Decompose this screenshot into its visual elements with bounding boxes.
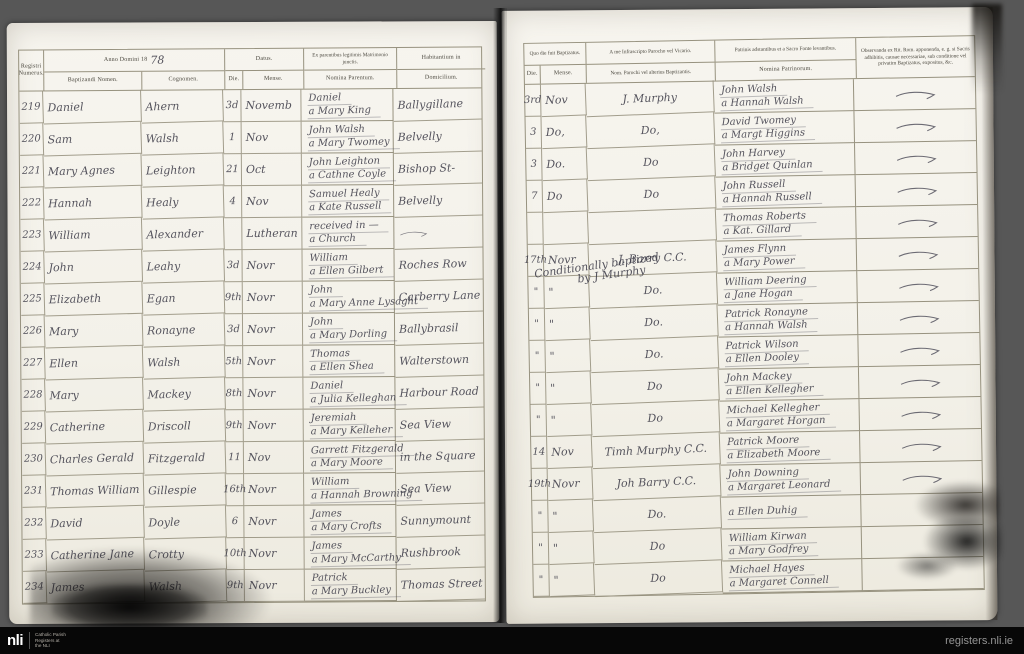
parent-father: Patrick bbox=[311, 571, 358, 585]
baptized-month: Nov bbox=[547, 435, 593, 469]
baptism-entry-row: 227EllenWalsh5thNovrThomasa Ellen SheaWa… bbox=[21, 344, 483, 379]
sponsor-2: a Margt Higgins bbox=[721, 127, 816, 143]
baptism-day: 3d bbox=[225, 314, 243, 346]
entry-number: 222 bbox=[20, 187, 45, 220]
baptized-day: 7 bbox=[527, 181, 544, 213]
residence: Thomas Street bbox=[396, 567, 485, 601]
left-rows: 219DanielAhern3dNovembDaniela Mary KingB… bbox=[19, 88, 485, 603]
sponsors-cell: a Ellen Duhig bbox=[721, 495, 862, 529]
parent-father: Daniel bbox=[307, 91, 351, 105]
nli-logo-caption: Catholic Parish Registers at the NLI bbox=[29, 632, 66, 649]
parent-father: John bbox=[309, 284, 343, 298]
observations-cell bbox=[856, 173, 978, 207]
baptism-entry-row: 230Charles GeraldFitzgerald11NovGarrett … bbox=[22, 440, 484, 475]
baptism-day: 4 bbox=[224, 186, 242, 218]
observations-cell bbox=[854, 109, 976, 143]
baptism-day: 1 bbox=[224, 122, 242, 154]
parent-mother: a Ellen Gilbert bbox=[308, 264, 393, 279]
flourish-mark-icon bbox=[896, 279, 940, 292]
parent-father: Thomas bbox=[309, 347, 360, 361]
column-header-month: Mense. bbox=[541, 65, 586, 84]
flourish-mark-icon bbox=[893, 87, 937, 100]
parents-cell: Johna Mary Anne Lysaght bbox=[303, 281, 395, 314]
parent-father: John bbox=[309, 316, 343, 330]
residence: Sunnymount bbox=[396, 503, 485, 537]
flourish-mark-icon bbox=[897, 343, 941, 356]
baptized-day: 3 bbox=[525, 117, 542, 149]
baptism-month: Novr bbox=[244, 474, 304, 506]
column-header-day: Die. bbox=[225, 71, 243, 89]
baptized-month: Do bbox=[542, 179, 588, 213]
baptism-entry-row: 232DavidDoyle6NovrJamesa Mary CroftsSunn… bbox=[22, 504, 484, 539]
flourish-mark-icon bbox=[898, 375, 942, 388]
flourish-mark-icon bbox=[893, 119, 937, 132]
baptism-name: David bbox=[46, 506, 145, 541]
sponsor-2: a Kat. Gillard bbox=[722, 223, 801, 239]
baptism-month: Nov bbox=[242, 122, 302, 154]
flourish-mark-icon bbox=[899, 471, 943, 484]
sponsor-2: a Jane Hogan bbox=[723, 287, 803, 303]
entry-number: 230 bbox=[22, 443, 47, 476]
parent-father: Daniel bbox=[309, 379, 353, 393]
baptized-day: " bbox=[530, 373, 547, 405]
baptism-surname: Leighton bbox=[141, 153, 224, 187]
baptized-month: " bbox=[548, 499, 594, 533]
baptism-entry-row: 225ElizabethEgan9thNovrJohna Mary Anne L… bbox=[21, 280, 483, 315]
baptism-entry-row: 229CatherineDriscoll9thNovrJeremiaha Mar… bbox=[22, 408, 484, 443]
entry-number: 231 bbox=[22, 475, 47, 508]
baptism-surname: Leahy bbox=[142, 249, 225, 283]
baptism-name: Sam bbox=[43, 122, 142, 157]
entry-number: 223 bbox=[20, 219, 45, 252]
baptizing-priest bbox=[588, 208, 717, 245]
observations-cell bbox=[862, 557, 984, 591]
parent-mother: a Mary Twomey bbox=[308, 136, 400, 151]
baptism-day: 3d bbox=[223, 90, 241, 122]
right-rows-wrap: Conditionally baptized by J Murphy 3rdNo… bbox=[525, 77, 984, 597]
baptism-entry-row: 219DanielAhern3dNovembDaniela Mary KingB… bbox=[19, 88, 481, 123]
baptized-month bbox=[543, 211, 589, 245]
column-header-name: Baptizandi Nomen. bbox=[44, 72, 142, 91]
baptism-entry-row: 223WilliamAlexanderLutheranreceived in —… bbox=[20, 216, 482, 251]
parent-mother: a Church bbox=[308, 232, 366, 246]
baptized-month: " bbox=[545, 339, 591, 373]
residence: Belvelly bbox=[394, 183, 483, 217]
baptized-month: " bbox=[549, 563, 595, 597]
baptism-day: 11 bbox=[226, 442, 244, 474]
baptized-day: " bbox=[529, 341, 546, 373]
sponsors-cell: Patrick Wilsona Ellen Dooley bbox=[718, 335, 859, 369]
observations-cell bbox=[857, 269, 979, 303]
baptizing-priest: Do. bbox=[590, 304, 719, 341]
baptism-entry-row: 222HannahHealy4NovSamuel Healya Kate Rus… bbox=[20, 184, 482, 219]
parent-mother: a Mary Kelleher bbox=[310, 424, 403, 439]
sponsors-cell: John Russella Hannah Russell bbox=[716, 175, 857, 209]
baptizing-priest: Do. bbox=[590, 336, 719, 373]
flourish-mark-icon bbox=[398, 226, 428, 239]
baptism-month: Novr bbox=[245, 570, 305, 602]
entry-number: 219 bbox=[19, 91, 44, 124]
baptized-month: Nov bbox=[541, 83, 587, 117]
entry-number: 228 bbox=[21, 379, 46, 412]
nli-logo-mark: nli bbox=[7, 633, 23, 648]
parent-mother: a Mary Crofts bbox=[310, 520, 392, 535]
baptism-day: 3d bbox=[224, 250, 242, 282]
column-header-day: Die. bbox=[525, 66, 541, 84]
left-register-page: Registri Numerus. Anno Domini 1878 Bapti… bbox=[7, 21, 500, 624]
observations-cell bbox=[861, 461, 983, 495]
baptizing-priest: J. Murphy bbox=[586, 80, 715, 117]
baptism-surname: Gillespie bbox=[144, 473, 227, 507]
baptizing-priest: Do. bbox=[593, 496, 722, 533]
baptized-day: 3 bbox=[526, 149, 543, 181]
right-rows: 3rdNovJ. MurphyJohn Walsha Hannah Walsh3… bbox=[525, 77, 984, 597]
baptized-day: 14 bbox=[531, 437, 548, 469]
parents-cell: Daniela Julia Kelleghan bbox=[303, 377, 395, 410]
baptism-day: 9th bbox=[226, 410, 244, 442]
baptized-month: " bbox=[545, 307, 591, 341]
baptized-month: " bbox=[546, 403, 592, 437]
baptized-day: " bbox=[531, 405, 548, 437]
sponsors-cell: William Deeringa Jane Hogan bbox=[717, 271, 858, 305]
baptism-name: James bbox=[46, 570, 145, 605]
flourish-mark-icon bbox=[899, 439, 943, 452]
sponsors-cell: John Harveya Bridget Quinlan bbox=[715, 143, 856, 177]
entry-number: 232 bbox=[22, 507, 47, 540]
parents-cell: Williama Hannah Browning bbox=[304, 473, 396, 506]
residence: Ballybrasil bbox=[395, 311, 484, 345]
parent-mother: a Cathne Coyle bbox=[308, 168, 396, 183]
baptism-day: 10th bbox=[226, 538, 244, 570]
baptizing-priest: Do, bbox=[586, 112, 715, 149]
parent-father: Samuel Healy bbox=[308, 187, 390, 202]
baptism-name: Mary bbox=[45, 314, 144, 349]
residence: Harbour Road bbox=[395, 375, 484, 409]
parent-father: James bbox=[310, 507, 352, 521]
baptism-day: 8th bbox=[225, 378, 243, 410]
register-scan: Registri Numerus. Anno Domini 1878 Bapti… bbox=[0, 0, 1024, 654]
flourish-mark-icon bbox=[894, 183, 938, 196]
baptized-day: " bbox=[533, 533, 550, 565]
baptizing-priest: Joh Barry C.C. bbox=[592, 464, 721, 501]
observations-cell bbox=[859, 365, 981, 399]
residence: Roches Row bbox=[394, 247, 483, 281]
sponsor-1: John Walsh bbox=[720, 82, 788, 97]
column-header-anno-domini: Anno Domini 1878 Baptizandi Nomen. Cogno… bbox=[44, 49, 225, 90]
watermark-url: registers.nli.ie bbox=[945, 635, 1013, 647]
baptism-name: Hannah bbox=[44, 186, 143, 221]
parent-father: William bbox=[310, 475, 360, 489]
entry-number: 225 bbox=[20, 283, 45, 316]
baptism-day: 9th bbox=[225, 282, 243, 314]
baptism-month: Oct bbox=[242, 154, 302, 186]
entry-number: 234 bbox=[22, 571, 47, 604]
baptism-name: Charles Gerald bbox=[46, 442, 145, 477]
entry-number: 229 bbox=[21, 411, 46, 444]
column-header-residence: Habitantium in Domicilium. bbox=[397, 47, 485, 88]
entry-number: 233 bbox=[22, 539, 47, 572]
baptism-entry-row: 231Thomas WilliamGillespie16thNovrWillia… bbox=[22, 472, 484, 507]
flourish-mark-icon bbox=[896, 311, 940, 324]
parents-cell: Daniela Mary King bbox=[301, 89, 393, 122]
parent-father: John Walsh bbox=[308, 123, 376, 138]
sponsors-cell: Patrick Ronaynea Hannah Walsh bbox=[718, 303, 859, 337]
baptism-month: Novr bbox=[243, 314, 303, 346]
baptism-day: 16th bbox=[226, 474, 244, 506]
parents-cell: Williama Ellen Gilbert bbox=[302, 249, 394, 282]
baptism-name: Mary Agnes bbox=[44, 154, 143, 189]
parent-father: James bbox=[310, 539, 352, 553]
parents-cell: Jeremiaha Mary Kelleher bbox=[304, 409, 396, 442]
baptizing-priest: Do bbox=[587, 176, 716, 213]
baptized-day: " bbox=[533, 565, 550, 597]
sponsors-cell: William Kirwana Mary Godfrey bbox=[722, 527, 863, 561]
parents-cell: Samuel Healya Kate Russell bbox=[302, 185, 394, 218]
observations-cell bbox=[856, 205, 978, 239]
parents-cell: Jamesa Mary McCarthy bbox=[304, 537, 396, 570]
parent-mother: a Mary Dorling bbox=[309, 328, 397, 343]
baptized-month: " bbox=[548, 531, 594, 565]
sponsor-1: Thomas Roberts bbox=[722, 210, 816, 226]
sponsors-cell: John Walsha Hannah Walsh bbox=[714, 79, 855, 113]
baptism-month: Novr bbox=[243, 346, 303, 378]
parents-cell: Thomasa Ellen Shea bbox=[303, 345, 395, 378]
column-header-observations: Observanda ex Rit. Rom. apponenda, e. g.… bbox=[856, 36, 975, 78]
residence: Sea View bbox=[395, 407, 484, 441]
baptism-entry-row: 221Mary AgnesLeighton21OctJohn Leightona… bbox=[20, 152, 482, 187]
baptizing-priest: Timh Murphy C.C. bbox=[592, 432, 721, 469]
observations-cell bbox=[858, 333, 980, 367]
baptized-month: Do. bbox=[542, 147, 588, 181]
baptized-day: 19th bbox=[532, 469, 549, 501]
baptism-surname: Walsh bbox=[144, 569, 227, 603]
baptism-name: Elizabeth bbox=[44, 282, 143, 317]
baptized-day: 3rd bbox=[525, 85, 542, 117]
baptism-name: Daniel bbox=[43, 90, 142, 125]
baptism-surname: Ahern bbox=[141, 89, 224, 123]
column-header-month: Mense. bbox=[243, 71, 303, 89]
baptized-month: Novr bbox=[547, 467, 593, 501]
baptism-entry-row: 234JamesWalsh9thNovrPatricka Mary Buckle… bbox=[23, 568, 485, 603]
baptism-entry-row: 233Catherine JaneCrotty10thNovrJamesa Ma… bbox=[23, 536, 485, 571]
sponsors-cell: David Twomeya Margt Higgins bbox=[714, 111, 855, 145]
parents-cell: Garrett Fitzgeralda Mary Moore bbox=[304, 441, 396, 474]
entry-number: 220 bbox=[19, 123, 44, 156]
observations-cell bbox=[861, 493, 983, 527]
baptizing-priest: Do bbox=[591, 400, 720, 437]
baptism-month: Novr bbox=[244, 538, 304, 570]
baptism-day: 9th bbox=[227, 570, 245, 602]
baptism-day: 21 bbox=[224, 154, 242, 186]
baptism-surname: Fitzgerald bbox=[144, 441, 227, 475]
sponsor-2: a Hannah Walsh bbox=[724, 319, 818, 335]
column-header-surname: Cognomen. bbox=[142, 71, 224, 90]
sponsor-2: a Ellen Dooley bbox=[725, 351, 810, 367]
flourish-mark-icon bbox=[894, 151, 938, 164]
baptism-name: Mary bbox=[45, 378, 144, 413]
left-register-table: Registri Numerus. Anno Domini 1878 Bapti… bbox=[18, 46, 486, 604]
handwritten-year: 78 bbox=[150, 54, 164, 67]
column-header-priest: A me Infrascripto Parocho vel Vicario. N… bbox=[586, 41, 716, 83]
baptism-month: Nov bbox=[242, 186, 302, 218]
flourish-mark-icon bbox=[898, 407, 942, 420]
baptism-month: Novemb bbox=[241, 90, 301, 122]
baptism-day bbox=[224, 218, 242, 250]
baptism-name: Catherine bbox=[45, 410, 144, 445]
right-register-page: Quo die fuit Baptizatus. Die. Mense. A m… bbox=[502, 7, 998, 624]
parent-mother: a Julia Kelleghan bbox=[309, 392, 406, 407]
residence: in the Square bbox=[396, 439, 485, 473]
baptism-month: Nov bbox=[244, 442, 304, 474]
baptized-month: Do, bbox=[541, 115, 587, 149]
baptizing-priest: Do bbox=[587, 144, 716, 181]
observations-cell bbox=[859, 397, 981, 431]
baptism-name: Thomas William bbox=[46, 474, 145, 509]
parent-mother: a Mary Moore bbox=[310, 456, 393, 471]
entry-number: 224 bbox=[20, 251, 45, 284]
baptism-name: William bbox=[44, 218, 143, 253]
observations-cell bbox=[858, 301, 980, 335]
baptism-surname: Crotty bbox=[144, 537, 227, 571]
residence: Carberry Lane bbox=[394, 279, 483, 313]
parents-cell: received in —a Church bbox=[302, 217, 394, 250]
parents-cell: John Leightona Cathne Coyle bbox=[302, 153, 394, 186]
baptism-surname: Mackey bbox=[143, 377, 226, 411]
observations-cell bbox=[854, 77, 976, 111]
parent-mother: a Mary Buckley bbox=[311, 584, 401, 599]
parents-cell: Jamesa Mary Crofts bbox=[304, 505, 396, 538]
baptism-entry-row: 220SamWalsh1NovJohn Walsha Mary TwomeyBe… bbox=[20, 120, 482, 155]
sponsor-1: William Deering bbox=[723, 274, 817, 290]
baptism-name: John bbox=[44, 250, 143, 285]
parents-cell: John Walsha Mary Twomey bbox=[302, 121, 394, 154]
right-register-table: Quo die fuit Baptizatus. Die. Mense. A m… bbox=[523, 35, 985, 598]
sponsor-2: a Hannah Russell bbox=[722, 190, 822, 206]
baptism-entry-row: 224JohnLeahy3dNovrWilliama Ellen Gilbert… bbox=[20, 248, 482, 283]
baptism-name: Catherine Jane bbox=[46, 538, 145, 573]
baptism-surname: Alexander bbox=[142, 217, 225, 251]
sponsors-cell: John Mackeya Ellen Kellegher bbox=[719, 367, 860, 401]
column-header-baptized-date: Quo die fuit Baptizatus. Die. Mense. bbox=[524, 43, 587, 84]
sponsors-cell: Michael Hayesa Margaret Connell bbox=[722, 559, 863, 593]
parent-father: received in — bbox=[308, 219, 389, 234]
sponsor-2: a Ellen Kellegher bbox=[725, 382, 824, 398]
sponsor-2: a Ellen Duhig bbox=[727, 504, 807, 520]
observations-cell bbox=[862, 525, 984, 559]
column-header-number: Registri Numerus. bbox=[19, 50, 44, 90]
baptism-month: Novr bbox=[242, 250, 302, 282]
baptism-surname: Doyle bbox=[144, 505, 227, 539]
residence: Bishop St- bbox=[393, 151, 482, 185]
sponsor-2: a Mary Godfrey bbox=[728, 543, 819, 559]
baptized-month: " bbox=[546, 371, 592, 405]
baptized-day: " bbox=[529, 309, 546, 341]
baptizing-priest: Do bbox=[593, 528, 722, 565]
baptism-day: 5th bbox=[225, 346, 243, 378]
baptism-surname: Healy bbox=[142, 185, 225, 219]
baptism-month: Novr bbox=[244, 410, 304, 442]
flourish-mark-icon bbox=[895, 247, 939, 260]
baptizing-priest: Do bbox=[591, 368, 720, 405]
nli-footer-bar: nli Catholic Parish Registers at the NLI… bbox=[0, 627, 1024, 654]
left-table-header: Registri Numerus. Anno Domini 1878 Bapti… bbox=[19, 47, 481, 91]
baptized-day: " bbox=[532, 501, 549, 533]
sponsors-cell: Patrick Moorea Elizabeth Moore bbox=[720, 431, 861, 465]
baptism-surname: Walsh bbox=[141, 121, 224, 155]
residence: Rushbrook bbox=[396, 535, 485, 569]
parent-father: John Leighton bbox=[308, 155, 390, 170]
baptism-surname: Walsh bbox=[143, 345, 226, 379]
observations-cell bbox=[860, 429, 982, 463]
baptism-month: Novr bbox=[243, 378, 303, 410]
baptism-month: Novr bbox=[244, 506, 304, 538]
baptism-entry-row: 226MaryRonayne3dNovrJohna Mary DorlingBa… bbox=[21, 312, 483, 347]
column-header-date: Datus. Die. Mense. bbox=[225, 49, 304, 90]
baptism-surname: Driscoll bbox=[143, 409, 226, 443]
nli-logo: nli Catholic Parish Registers at the NLI bbox=[7, 632, 66, 649]
residence: Ballygillane bbox=[393, 87, 482, 121]
baptism-name: Ellen bbox=[45, 346, 144, 381]
residence: Walterstown bbox=[395, 343, 484, 377]
sponsors-cell: Michael Kelleghera Margaret Horgan bbox=[719, 399, 860, 433]
flourish-mark-icon bbox=[895, 215, 939, 228]
residence bbox=[394, 215, 483, 249]
column-header-sponsors: Patrinis adstantibus et a Sacro Fonte le… bbox=[715, 38, 857, 80]
observations-cell bbox=[857, 237, 979, 271]
parent-mother: a Ellen Shea bbox=[309, 360, 384, 375]
residence: Belvelly bbox=[393, 119, 482, 153]
baptism-month: Novr bbox=[243, 282, 303, 314]
entry-number: 226 bbox=[21, 315, 46, 348]
observations-cell bbox=[855, 141, 977, 175]
parent-father: Jeremiah bbox=[310, 411, 367, 425]
parent-mother: a Mary King bbox=[307, 104, 381, 119]
residence: Sea View bbox=[396, 471, 485, 505]
baptism-surname: Ronayne bbox=[143, 313, 226, 347]
parent-mother: a Kate Russell bbox=[308, 200, 392, 215]
entry-number: 221 bbox=[19, 155, 44, 188]
baptism-surname: Egan bbox=[142, 281, 225, 315]
column-header-parents: Ex parentibus legitimis Matrimonio junct… bbox=[304, 48, 397, 89]
parent-father: William bbox=[308, 251, 358, 265]
baptism-entry-row: 228MaryMackey8thNovrDaniela Julia Kelleg… bbox=[21, 376, 483, 411]
sponsors-cell: Thomas Robertsa Kat. Gillard bbox=[716, 207, 857, 241]
baptized-day bbox=[527, 213, 544, 245]
baptism-month: Lutheran bbox=[242, 218, 302, 250]
sponsor-2: a Hannah Walsh bbox=[720, 95, 814, 111]
parents-cell: Patricka Mary Buckley bbox=[305, 569, 397, 602]
baptizing-priest: Do bbox=[594, 560, 723, 597]
parents-cell: Johna Mary Dorling bbox=[303, 313, 395, 346]
baptism-day: 6 bbox=[226, 506, 244, 538]
sponsors-cell: John Downinga Margaret Leonard bbox=[721, 463, 862, 497]
book-crease-shadow bbox=[493, 8, 507, 623]
entry-number: 227 bbox=[21, 347, 46, 380]
